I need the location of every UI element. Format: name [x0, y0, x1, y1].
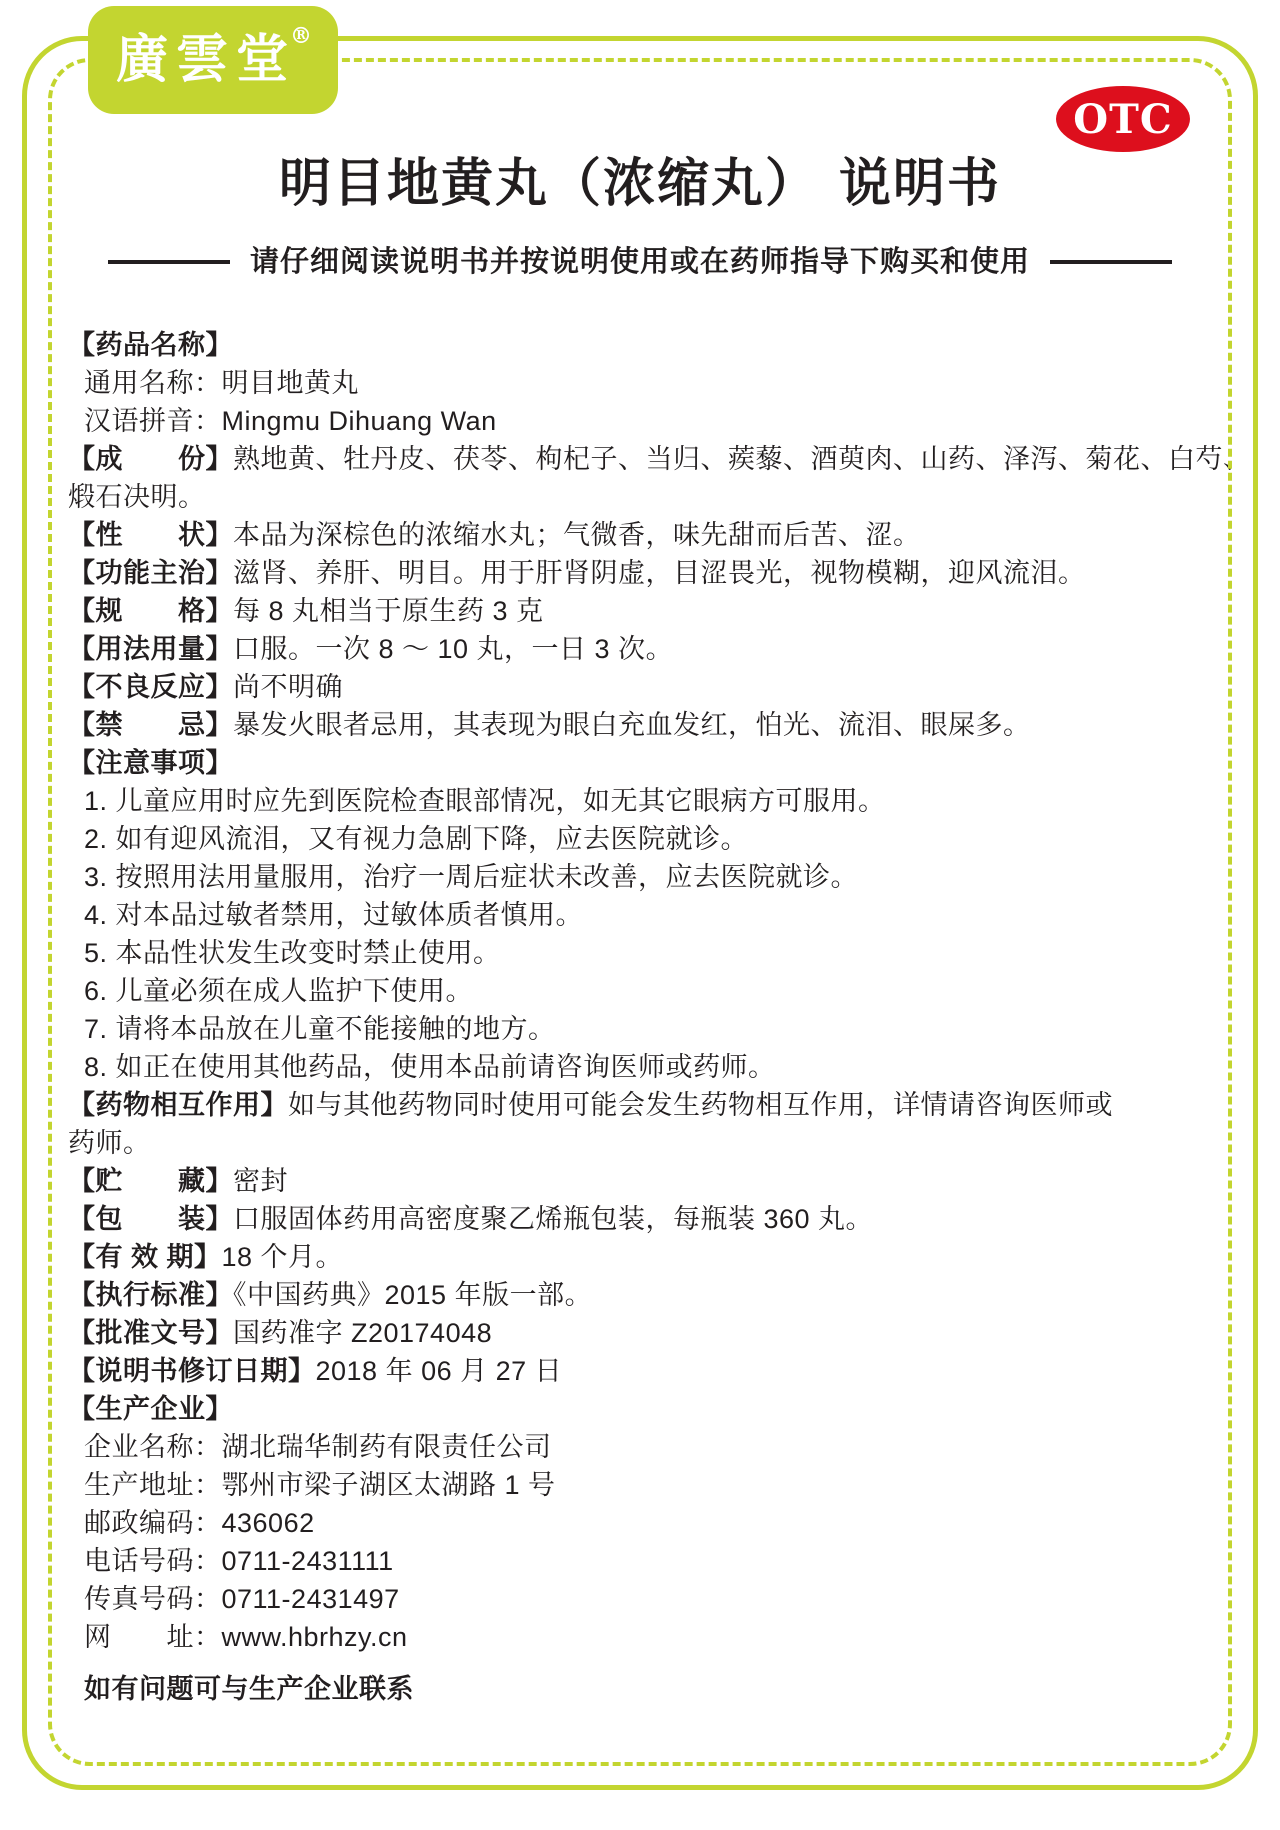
postcode-line: 邮政编码：436062	[68, 1504, 1214, 1542]
fax-line: 传真号码：0711-2431497	[68, 1580, 1214, 1618]
subtitle-rule-right	[1050, 260, 1172, 264]
field-text: 传真号码：0711-2431497	[84, 1584, 400, 1614]
field-text: 6. 儿童必须在成人监护下使用。	[84, 976, 473, 1006]
field-text: 滋肾、养肝、明目。用于肝肾阴虚，目涩畏光，视物模糊，迎风流泪。	[233, 558, 1086, 588]
precaution-item-7: 7. 请将本品放在儿童不能接触的地方。	[68, 1010, 1214, 1048]
field-text: 18 个月。	[222, 1242, 344, 1272]
field-label: 【执行标准】	[68, 1280, 233, 1310]
field-text: 电话号码：0711-2431111	[84, 1546, 394, 1576]
field-text: 本品为深棕色的浓缩水丸；气微香，味先甜而后苦、涩。	[233, 520, 921, 550]
leaflet-body: 【药品名称】 通用名称：明目地黄丸 汉语拼音：Mingmu Dihuang Wa…	[68, 326, 1214, 1708]
field-text: 煅石决明。	[68, 482, 206, 512]
precaution-item-5: 5. 本品性状发生改变时禁止使用。	[68, 934, 1214, 972]
field-label: 【规 格】	[68, 596, 233, 626]
leaflet-page: 廣雲堂® OTC 明目地黄丸（浓缩丸） 说明书 请仔细阅读说明书并按说明使用或在…	[0, 0, 1280, 1830]
field-text: 如与其他药物同时使用可能会发生药物相互作用，详情请咨询医师或	[288, 1090, 1113, 1120]
section-precautions: 【注意事项】	[68, 744, 1214, 782]
ingredients-continued: 煅石决明。	[68, 478, 1214, 516]
field-text: 药师。	[68, 1128, 151, 1158]
section-adverse-reactions: 【不良反应】尚不明确	[68, 668, 1214, 706]
field-label: 【批准文号】	[68, 1318, 233, 1348]
field-label: 【说明书修订日期】	[68, 1356, 316, 1386]
registered-trademark-icon: ®	[290, 23, 312, 49]
field-text: 汉语拼音：Mingmu Dihuang Wan	[84, 406, 497, 436]
field-label: 【有 效 期】	[68, 1242, 222, 1272]
contact-note: 如有问题可与生产企业联系	[68, 1670, 1214, 1708]
field-text: 2. 如有迎风流泪，又有视力急剧下降，应去医院就诊。	[84, 824, 748, 854]
section-packaging: 【包 装】口服固体药用高密度聚乙烯瓶包装，每瓶装 360 丸。	[68, 1200, 1214, 1238]
field-label: 【药物相互作用】	[68, 1090, 288, 1120]
section-revision-date: 【说明书修订日期】2018 年 06 月 27 日	[68, 1352, 1214, 1390]
section-shelf-life: 【有 效 期】18 个月。	[68, 1238, 1214, 1276]
otc-badge-label: OTC	[1073, 96, 1172, 143]
precaution-item-4: 4. 对本品过敏者禁用，过敏体质者慎用。	[68, 896, 1214, 934]
field-text: 如有问题可与生产企业联系	[84, 1674, 414, 1704]
address-line: 生产地址：鄂州市梁子湖区太湖路 1 号	[68, 1466, 1214, 1504]
field-text: 暴发火眼者忌用，其表现为眼白充血发红，怕光、流泪、眼屎多。	[233, 710, 1031, 740]
brand-logo-text: 廣雲堂	[108, 34, 296, 86]
section-drug-name: 【药品名称】	[68, 326, 1214, 364]
page-title: 明目地黄丸（浓缩丸） 说明书	[60, 152, 1220, 216]
field-label: 【用法用量】	[68, 634, 233, 664]
field-label: 【贮 藏】	[68, 1166, 233, 1196]
precaution-item-2: 2. 如有迎风流泪，又有视力急剧下降，应去医院就诊。	[68, 820, 1214, 858]
section-specification: 【规 格】每 8 丸相当于原生药 3 克	[68, 592, 1214, 630]
pinyin-line: 汉语拼音：Mingmu Dihuang Wan	[68, 402, 1214, 440]
section-storage: 【贮 藏】密封	[68, 1162, 1214, 1200]
section-dosage: 【用法用量】口服。一次 8 ～ 10 丸，一日 3 次。	[68, 630, 1214, 668]
precaution-item-1: 1. 儿童应用时应先到医院检查眼部情况，如无其它眼病方可服用。	[68, 782, 1214, 820]
field-text: 企业名称：湖北瑞华制药有限责任公司	[84, 1432, 552, 1462]
otc-badge: OTC	[1056, 86, 1190, 152]
section-drug-interactions: 【药物相互作用】如与其他药物同时使用可能会发生药物相互作用，详情请咨询医师或	[68, 1086, 1214, 1124]
field-label: 【包 装】	[68, 1204, 233, 1234]
subtitle-text: 请仔细阅读说明书并按说明使用或在药师指导下购买和使用	[250, 242, 1030, 282]
field-text: 国药准字 Z20174048	[233, 1318, 492, 1348]
company-name-line: 企业名称：湖北瑞华制药有限责任公司	[68, 1428, 1214, 1466]
field-label: 【成 份】	[68, 444, 233, 474]
section-approval-number: 【批准文号】国药准字 Z20174048	[68, 1314, 1214, 1352]
field-text: 每 8 丸相当于原生药 3 克	[233, 596, 544, 626]
website-line: 网 址：www.hbrhzy.cn	[68, 1618, 1214, 1656]
field-label: 【功能主治】	[68, 558, 233, 588]
subtitle-row: 请仔细阅读说明书并按说明使用或在药师指导下购买和使用	[0, 242, 1280, 282]
field-label: 【性 状】	[68, 520, 233, 550]
field-label: 【不良反应】	[68, 672, 233, 702]
generic-name-line: 通用名称：明目地黄丸	[68, 364, 1214, 402]
field-text: 熟地黄、牡丹皮、茯苓、枸杞子、当归、蒺藜、酒萸肉、山药、泽泻、菊花、白芍、	[233, 444, 1251, 474]
field-text: 2018 年 06 月 27 日	[316, 1356, 563, 1386]
phone-line: 电话号码：0711-2431111	[68, 1542, 1214, 1580]
field-text: 《中国药典》2015 年版一部。	[233, 1280, 592, 1310]
field-label: 【药品名称】	[68, 330, 233, 360]
precaution-item-3: 3. 按照用法用量服用，治疗一周后症状未改善，应去医院就诊。	[68, 858, 1214, 896]
field-text: 通用名称：明目地黄丸	[84, 368, 359, 398]
precaution-item-6: 6. 儿童必须在成人监护下使用。	[68, 972, 1214, 1010]
section-standard: 【执行标准】《中国药典》2015 年版一部。	[68, 1276, 1214, 1314]
field-label: 【注意事项】	[68, 748, 233, 778]
field-text: 生产地址：鄂州市梁子湖区太湖路 1 号	[84, 1470, 556, 1500]
field-label: 【禁 忌】	[68, 710, 233, 740]
section-manufacturer: 【生产企业】	[68, 1390, 1214, 1428]
field-text: 8. 如正在使用其他药品，使用本品前请咨询医师或药师。	[84, 1052, 776, 1082]
subtitle-rule-left	[108, 260, 230, 264]
section-description: 【性 状】本品为深棕色的浓缩水丸；气微香，味先甜而后苦、涩。	[68, 516, 1214, 554]
field-text: 密封	[233, 1166, 288, 1196]
brand-logo: 廣雲堂®	[88, 6, 338, 114]
field-text: 1. 儿童应用时应先到医院检查眼部情况，如无其它眼病方可服用。	[84, 786, 886, 816]
section-functions: 【功能主治】滋肾、养肝、明目。用于肝肾阴虚，目涩畏光，视物模糊，迎风流泪。	[68, 554, 1214, 592]
field-text: 尚不明确	[233, 672, 343, 702]
precaution-item-8: 8. 如正在使用其他药品，使用本品前请咨询医师或药师。	[68, 1048, 1214, 1086]
field-label: 【生产企业】	[68, 1394, 233, 1424]
section-ingredients: 【成 份】熟地黄、牡丹皮、茯苓、枸杞子、当归、蒺藜、酒萸肉、山药、泽泻、菊花、白…	[68, 440, 1214, 478]
field-text: 口服。一次 8 ～ 10 丸，一日 3 次。	[233, 634, 673, 664]
field-text: 5. 本品性状发生改变时禁止使用。	[84, 938, 501, 968]
field-text: 口服固体药用高密度聚乙烯瓶包装，每瓶装 360 丸。	[233, 1204, 873, 1234]
field-text: 网 址：www.hbrhzy.cn	[84, 1622, 408, 1652]
section-contraindications: 【禁 忌】暴发火眼者忌用，其表现为眼白充血发红，怕光、流泪、眼屎多。	[68, 706, 1214, 744]
field-text: 3. 按照用法用量服用，治疗一周后症状未改善，应去医院就诊。	[84, 862, 858, 892]
field-text: 7. 请将本品放在儿童不能接触的地方。	[84, 1014, 556, 1044]
field-text: 邮政编码：436062	[84, 1508, 315, 1538]
field-text: 4. 对本品过敏者禁用，过敏体质者慎用。	[84, 900, 583, 930]
drug-interactions-continued: 药师。	[68, 1124, 1214, 1162]
